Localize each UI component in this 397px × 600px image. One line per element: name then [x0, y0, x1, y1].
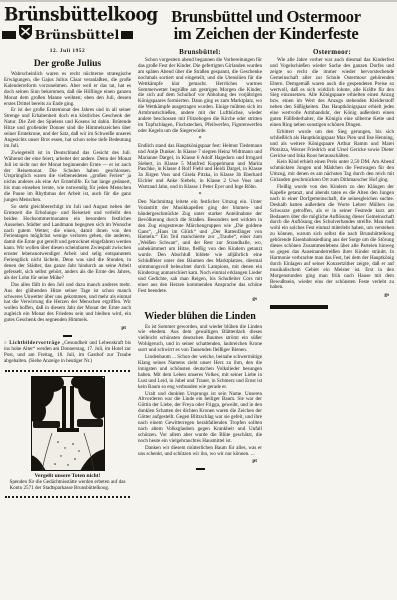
banner-bar-left [2, 31, 16, 39]
dotted-divider-bottom [5, 496, 130, 498]
bullet-icon: ○ [4, 340, 7, 345]
dotted-divider-top [5, 370, 130, 372]
masthead-banner: Brünsbüttel [4, 24, 131, 45]
paragraph: Wahrscheinlich waren es recht nüchterne … [4, 72, 131, 107]
paragraph: Erbittert wurde um den Sieg gerungen, bi… [270, 130, 394, 160]
paragraph: Danken wir diesem mütterlichen Baum für … [138, 446, 262, 458]
memorial-photo [31, 376, 105, 471]
paragraph: Lindenbaum ... Schon der weiche, beinahe… [138, 355, 262, 390]
paragraph: So steht gleichberechtigt im Juli und Au… [4, 205, 131, 282]
masthead: Brünsbüttelkoog Brünsbüttel 12. Juli 195… [4, 7, 131, 54]
main-headline-line2: im Zeichen der Kinderfeste [138, 26, 394, 43]
linden-article-signature: pt [138, 458, 262, 464]
paragraph: Wie alle Jahre vorher war auch diesmal d… [270, 58, 394, 129]
banner-bar-right [121, 31, 133, 39]
event-notice: ○ Lichtbildervorträge „Gesundheit und Le… [4, 340, 131, 365]
linden-article-headline: Wieder blühen die Linden [138, 311, 262, 322]
masthead-title-bottom: Brünsbüttel [35, 28, 119, 41]
main-section: Brunsbüttel und Ostermoor im Zeichen der… [138, 7, 394, 600]
photo-caption-text: Spenden für die Gedächtnisstätte werden … [10, 480, 126, 492]
left-article-headline: Der große Julius [4, 59, 131, 69]
paragraph: Das alles fällt in den Juli und dazu man… [4, 283, 131, 324]
column-brunsbuettel: Brunsbüttel: Schon vorgestern abend bega… [138, 47, 262, 473]
brunsbuettel-signature: gs [138, 296, 262, 302]
paragraph: Schon vorgestern abend begannen die Vorb… [138, 58, 262, 135]
paragraph: Uralt und dunklen Ursprungs ist sein Nam… [138, 392, 262, 445]
masthead-title-top: Brünsbüttelkoog [4, 6, 131, 23]
left-article-body: Wahrscheinlich waren es recht nüchterne … [4, 72, 131, 324]
left-column: Brünsbüttelkoog Brünsbüttel 12. Juli 195… [4, 7, 131, 600]
paragraph: Er ist der große Erntemonat des Jahres u… [4, 108, 131, 149]
paragraph: Zwiegeteilt ist in Deutschland das Gesic… [4, 151, 131, 204]
paragraph: Fleißig wurde von den Kindern zu den Klä… [270, 185, 394, 291]
main-headline: Brunsbüttel und Ostermoor im Zeichen der… [138, 9, 394, 42]
article-end-rule [63, 335, 72, 337]
paragraph: Den Nachmittag leitete ein festlicher Um… [138, 192, 262, 295]
paragraph: Kein Kind erhielt einen Preis unter 2,50… [270, 160, 394, 184]
linden-article-body: Es ist Sommer geworden, und wieder blühe… [138, 325, 262, 458]
photo-caption-title: Vergeßt unsere Toten nicht! [4, 473, 131, 479]
coat-of-arms-icon [18, 24, 33, 45]
column-ostermoor: Ostermoor: Wie alle Jahre vorher war auc… [270, 47, 394, 473]
linden-end-rule [196, 468, 205, 470]
ostermoor-header: Ostermoor: [270, 48, 394, 56]
ostermoor-end-bar [270, 305, 328, 309]
issue-date: 12. Juli 1952 [4, 48, 131, 54]
article-columns: Brunsbüttel: Schon vorgestern abend bega… [138, 47, 394, 473]
ostermoor-signature: gs [270, 292, 394, 298]
left-article-signature: pt [4, 325, 131, 331]
paragraph: Endlich stand das Hauptkönigspaar fest: … [138, 136, 262, 191]
memorial-woodcut-image [31, 376, 105, 471]
newspaper-page: Brünsbüttelkoog Brünsbüttel 12. Juli 195… [0, 0, 397, 600]
ostermoor-body: Wie alle Jahre vorher war auch diesmal d… [270, 58, 394, 291]
brunsbuettel-header: Brunsbüttel: [138, 48, 262, 56]
paragraph: Es ist Sommer geworden, und wieder blühe… [138, 325, 262, 355]
brunsbuettel-body: Schon vorgestern abend begannen die Vorb… [138, 58, 262, 295]
